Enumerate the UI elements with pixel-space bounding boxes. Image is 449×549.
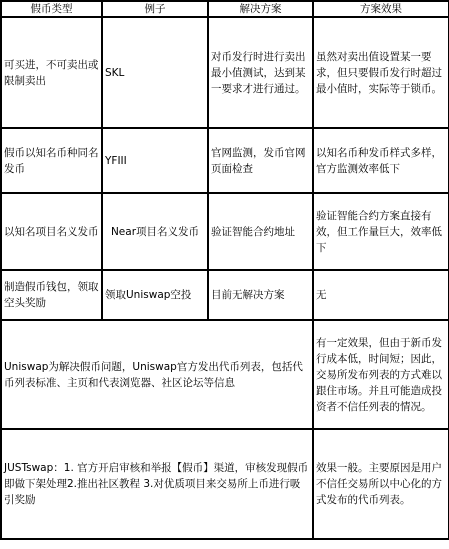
cell-effect: 验证智能合约方案直接有效，但工作量巨大，效率低下 <box>313 193 449 270</box>
header-solution: 解决方案 <box>208 1 313 17</box>
cell-solution: 验证智能合约地址 <box>208 193 313 270</box>
table-row: Uniswap为解决假币问题，Uniswap官方发出代币列表，包括代币列表标准、… <box>1 320 449 429</box>
cell-type: 可买进，不可卖出或限制卖出 <box>1 17 102 128</box>
table-row: 制造假币钱包，领取空头奖励 领取Uniswap空投 目前无解决方案 无 <box>1 270 449 320</box>
header-example: 例子 <box>102 1 208 17</box>
cell-solution: 目前无解决方案 <box>208 270 313 320</box>
table-row: 假币以知名币种同名发币 YFIII 官网监测，发币官网页面检查 以知名币种发币样… <box>1 128 449 193</box>
header-fake-token-type: 假币类型 <box>1 1 102 17</box>
header-row: 假币类型 例子 解决方案 方案效果 <box>1 1 449 17</box>
cell-type: 制造假币钱包，领取空头奖励 <box>1 270 102 320</box>
cell-example: YFIII <box>102 128 208 193</box>
cell-solution: 官网监测，发币官网页面检查 <box>208 128 313 193</box>
fake-token-solutions-table: 假币类型 例子 解决方案 方案效果 可买进，不可卖出或限制卖出 SKL 对币发行… <box>0 0 449 540</box>
cell-effect: 无 <box>313 270 449 320</box>
cell-type: 以知名项目名义发币 <box>1 193 102 270</box>
cell-solution: 对币发行时进行卖出最小值测试，达到某一要求才进行通过。 <box>208 17 313 128</box>
cell-type: 假币以知名币种同名发币 <box>1 128 102 193</box>
cell-merged-justswap: JUSTswap：1. 官方开启审核和举报【假币】渠道，审核发现假币即做下架处理… <box>1 429 313 539</box>
header-effect: 方案效果 <box>313 1 449 17</box>
cell-effect: 有一定效果，但由于新币发行成本低，时间短；因此，交易所发布列表的方式难以跟住市场… <box>313 320 449 429</box>
cell-example: 领取Uniswap空投 <box>102 270 208 320</box>
table-row: 可买进，不可卖出或限制卖出 SKL 对币发行时进行卖出最小值测试，达到某一要求才… <box>1 17 449 128</box>
table-row: 以知名项目名义发币 Near项目名义发币 验证智能合约地址 验证智能合约方案直接… <box>1 193 449 270</box>
cell-example: Near项目名义发币 <box>102 193 208 270</box>
cell-effect: 以知名币种发币样式多样，官方监测效率低下 <box>313 128 449 193</box>
cell-effect: 虽然对卖出值设置某一要求，但只要假币发行时超过最小值时，实际等于锁币。 <box>313 17 449 128</box>
table-row: JUSTswap：1. 官方开启审核和举报【假币】渠道，审核发现假币即做下架处理… <box>1 429 449 539</box>
cell-merged-uniswap: Uniswap为解决假币问题，Uniswap官方发出代币列表，包括代币列表标准、… <box>1 320 313 429</box>
cell-example: SKL <box>102 17 208 128</box>
cell-effect: 效果一般。主要原因是用户不信任交易所以中心化的方式发布的代币列表。 <box>313 429 449 539</box>
